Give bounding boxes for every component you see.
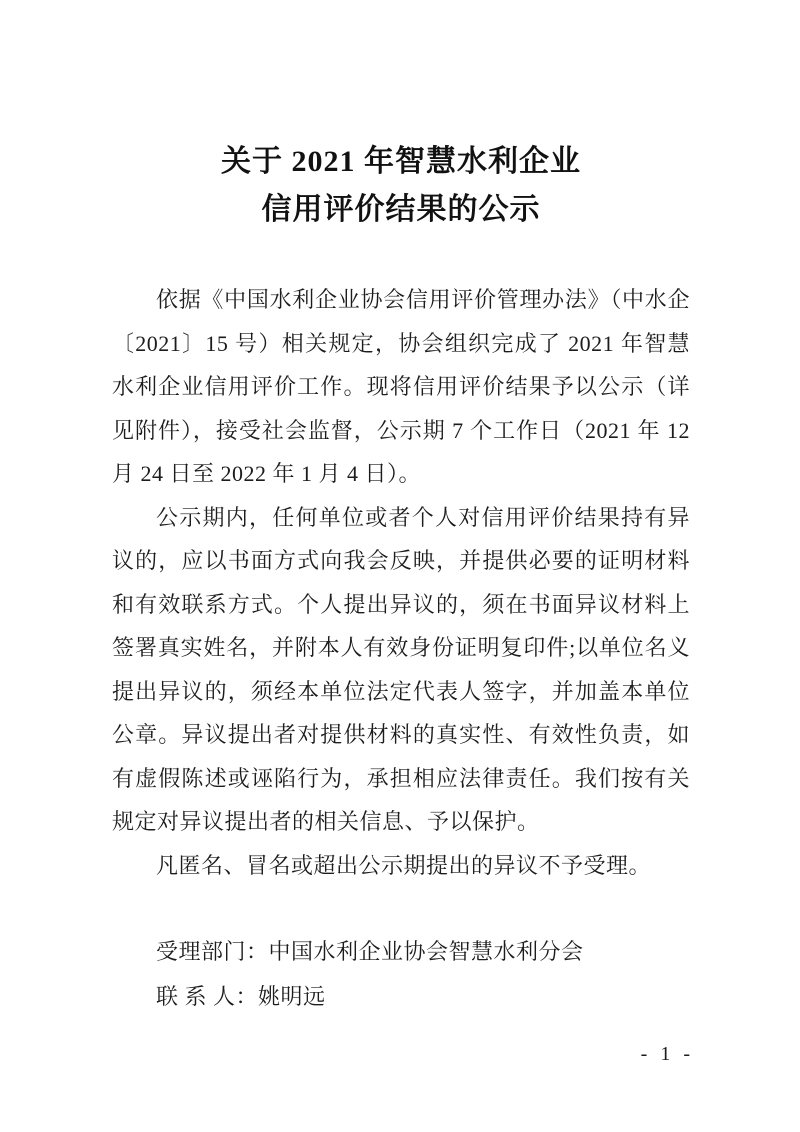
paragraph-objection-procedure: 公示期内，任何单位或者个人对信用评价结果持有异议的，应以书面方式向我会反映，并提… bbox=[112, 496, 690, 844]
document-title-line-1: 关于 2021 年智慧水利企业 bbox=[112, 138, 690, 186]
paragraph-basis: 依据《中国水利企业协会信用评价管理办法》（中水企〔2021〕15 号）相关规定，… bbox=[112, 278, 690, 496]
contact-block: 受理部门：中国水利企业协会智慧水利分会 联 系 人：姚明远 bbox=[112, 929, 690, 1019]
page-number: - 1 - bbox=[641, 1043, 694, 1066]
contact-person-line: 联 系 人：姚明远 bbox=[112, 974, 690, 1019]
document-title-line-2: 信用评价结果的公示 bbox=[112, 186, 690, 234]
paragraph-anonymous-rejection: 凡匿名、冒名或超出公示期提出的异议不予受理。 bbox=[112, 844, 690, 888]
document-body: 依据《中国水利企业协会信用评价管理办法》（中水企〔2021〕15 号）相关规定，… bbox=[112, 278, 690, 887]
document-title: 关于 2021 年智慧水利企业 信用评价结果的公示 bbox=[112, 138, 690, 234]
document-content: 关于 2021 年智慧水利企业 信用评价结果的公示 依据《中国水利企业协会信用评… bbox=[112, 138, 690, 1019]
contact-department-line: 受理部门：中国水利企业协会智慧水利分会 bbox=[112, 929, 690, 974]
document-page: 关于 2021 年智慧水利企业 信用评价结果的公示 依据《中国水利企业协会信用评… bbox=[0, 0, 800, 1132]
